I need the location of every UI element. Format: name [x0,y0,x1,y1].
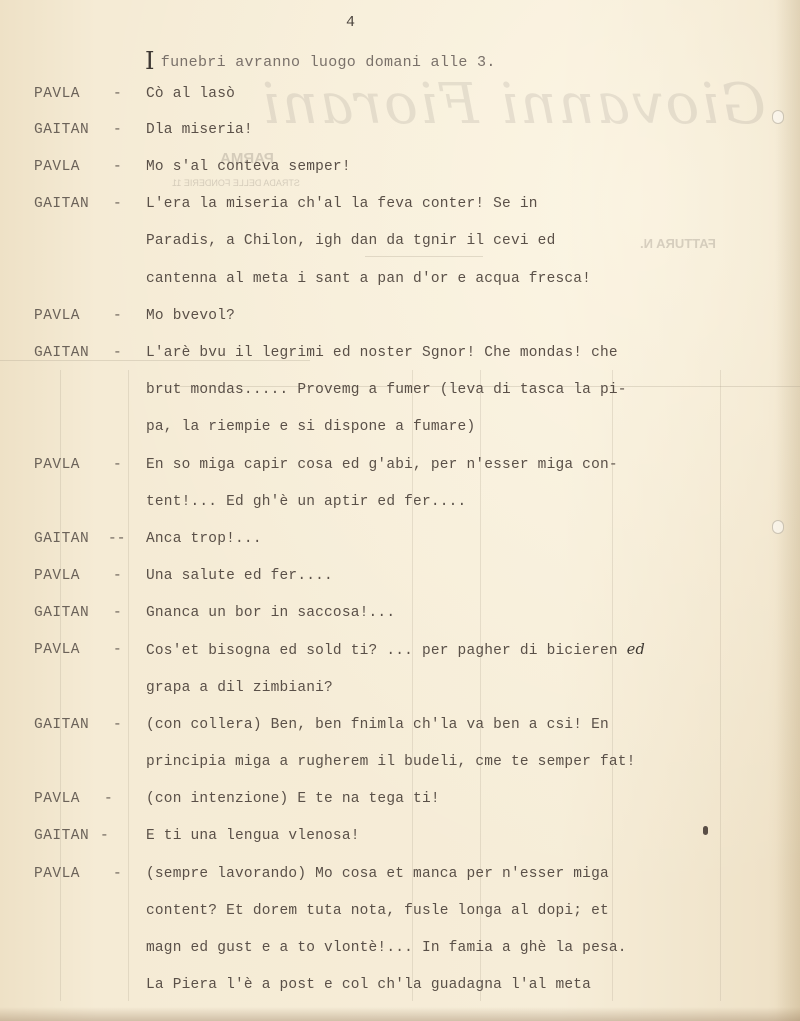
dialogue-line: GAITAN - (con collera) Ben, ben fnimla c… [0,717,800,737]
line-text: magn ed gust e a to vlontè!... In famia … [146,940,627,956]
speaker-name: PAVLA [34,86,80,102]
speaker-dash: - [113,345,122,361]
dialogue-line: GAITAN - Dla miseria! [0,122,800,142]
speaker-dash: - [113,866,122,882]
line-text: La Piera l'è a post e col ch'la guadagna… [146,977,591,993]
line-text: Cos'et bisogna ed sold ti? ... per paghe… [146,642,645,659]
speaker-dash: - [113,86,122,102]
dialogue-line: PAVLA - Una salute ed fer.... [0,568,800,588]
header-line: Ifunebri avranno luogo domani alle 3. [145,47,496,75]
dialogue-continuation: pa, la riempie e si dispone a fumare) [0,419,800,439]
line-text: (sempre lavorando) Mo cosa et manca per … [146,866,609,882]
line-text: tent!... Ed gh'è un aptir ed fer.... [146,494,466,510]
dialogue-line: PAVLA - (sempre lavorando) Mo cosa et ma… [0,866,800,886]
line-text: (con intenzione) E te na tega ti! [146,791,440,807]
speaker-dash: - [113,159,122,175]
dialogue-line: GAITAN - L'era la miseria ch'al la feva … [0,196,800,216]
speaker-dash: - [113,308,122,324]
dialogue-line: PAVLA - (con intenzione) E te na tega ti… [0,791,800,811]
dialogue-line: GAITAN - E ti una lengua vlenosa! [0,828,800,848]
line-text: Gnanca un bor in saccosa!... [146,605,395,621]
line-text: E ti una lengua vlenosa! [146,828,360,844]
speaker-dash: - [113,196,122,212]
speaker-name: GAITAN [34,531,89,547]
line-text: L'era la miseria ch'al la feva conter! S… [146,196,538,212]
dialogue-continuation: brut mondas..... Provemg a fumer (leva d… [0,382,800,402]
document-page: Giovanni Fiorani PARMA STRADA DELLE FOND… [0,0,800,1021]
line-text: Cò al lasò [146,86,235,102]
ink-mark [703,826,708,835]
ghost-street: STRADA DELLE FONDERIE 11 [172,178,300,188]
handwritten-correction: ed [627,642,645,658]
line-text-typed: Cos'et bisogna ed sold ti? ... per paghe… [146,643,618,659]
dialogue-continuation: principia miga a rugherem il budeli, cme… [0,754,800,774]
dialogue-line: GAITAN - Gnanca un bor in saccosa!... [0,605,800,625]
speaker-name: GAITAN [34,122,89,138]
speaker-dash: - [113,717,122,733]
line-text: Mo bvevol? [146,308,235,324]
speaker-name: PAVLA [34,457,80,473]
line-text: principia miga a rugherem il budeli, cme… [146,754,636,770]
line-text: content? Et dorem tuta nota, fusle longa… [146,903,609,919]
speaker-name: PAVLA [34,159,80,175]
dialogue-continuation: magn ed gust e a to vlontè!... In famia … [0,940,800,960]
dialogue-line: PAVLA - Mo s'al conteva semper! [0,159,800,179]
speaker-name: PAVLA [34,642,80,658]
line-text: Una salute ed fer.... [146,568,333,584]
speaker-name: GAITAN [34,717,89,733]
speaker-name: PAVLA [34,866,80,882]
header-text: funebri avranno luogo domani alle 3. [161,54,496,71]
dialogue-continuation: La Piera l'è a post e col ch'la guadagna… [0,977,800,997]
dialogue-line: PAVLA - Mo bvevol? [0,308,800,328]
speaker-dash: -- [108,531,125,547]
dialogue-line: GAITAN - L'arè bvu il legrimi ed noster … [0,345,800,365]
line-text: Dla miseria! [146,122,253,138]
ghost-rule [365,256,483,257]
dialogue-line: PAVLA - Cò al lasò [0,86,800,106]
page-number: 4 [346,14,355,31]
line-text: Anca trop!... [146,531,262,547]
paper-bottom-shadow [0,1007,800,1021]
dialogue-continuation: tent!... Ed gh'è un aptir ed fer.... [0,494,800,514]
header-initial: I [145,47,155,75]
dialogue-line: PAVLA - Cos'et bisogna ed sold ti? ... p… [0,642,800,662]
speaker-dash: - [113,568,122,584]
speaker-dash: - [113,605,122,621]
dialogue-line: GAITAN -- Anca trop!... [0,531,800,551]
line-text: grapa a dil zimbiani? [146,680,333,696]
speaker-name: GAITAN [34,196,89,212]
line-text: En so miga capir cosa ed g'abi, per n'es… [146,457,618,473]
speaker-dash: - [113,122,122,138]
dialogue-continuation: content? Et dorem tuta nota, fusle longa… [0,903,800,923]
speaker-dash: - [113,457,122,473]
speaker-dash: - [100,828,109,844]
line-text: cantenna al meta i sant a pan d'or e acq… [146,271,591,287]
line-text: brut mondas..... Provemg a fumer (leva d… [146,382,627,398]
speaker-dash: - [113,642,122,658]
line-text: (con collera) Ben, ben fnimla ch'la va b… [146,717,609,733]
speaker-name: GAITAN [34,828,89,844]
dialogue-line: PAVLA - En so miga capir cosa ed g'abi, … [0,457,800,477]
dialogue-continuation: cantenna al meta i sant a pan d'or e acq… [0,271,800,291]
speaker-name: PAVLA [34,568,80,584]
speaker-name: GAITAN [34,605,89,621]
dialogue-continuation: grapa a dil zimbiani? [0,680,800,700]
line-text: Paradis, a Chilon, igh dan da tgnir il c… [146,233,555,249]
speaker-dash: - [104,791,113,807]
speaker-name: PAVLA [34,791,80,807]
line-text: pa, la riempie e si dispone a fumare) [146,419,475,435]
speaker-name: PAVLA [34,308,80,324]
speaker-name: GAITAN [34,345,89,361]
line-text: L'arè bvu il legrimi ed noster Sgnor! Ch… [146,345,618,361]
line-text: Mo s'al conteva semper! [146,159,351,175]
dialogue-continuation: Paradis, a Chilon, igh dan da tgnir il c… [0,233,800,253]
